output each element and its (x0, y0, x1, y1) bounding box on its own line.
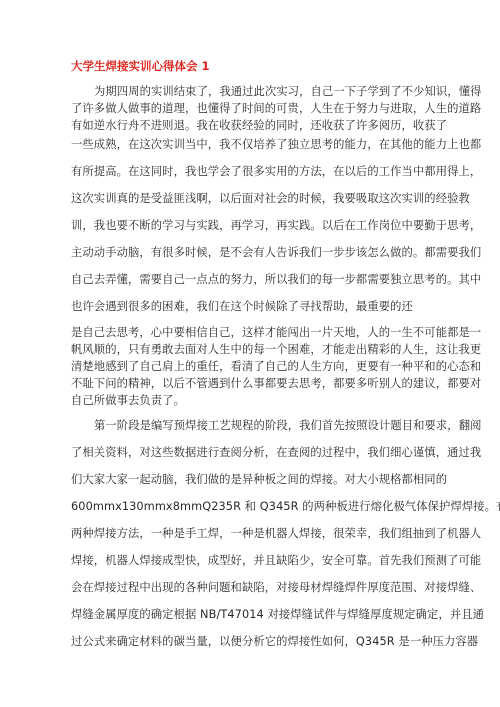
body-line: 了相关资料，对这些数据进行查阅分析，在查阅的过程中，我们细心谨慎，通过我 (71, 444, 481, 460)
body-line: 焊缝金属厚度的确定根据 NB/T47014 对接焊缝试件与焊缝厚度规定确定，并且… (71, 606, 484, 622)
document-page: 大学生焊接实训心得体会 1 为期四周的实训结束了，我通过此次实习，自己一下子学到… (0, 0, 500, 707)
body-line: 帆风顺的，只有勇敢去面对人生中的每一个困难，才能走出精彩的人生，这让我更 (71, 341, 481, 357)
body-line: 清楚地感到了自己肩上的重任，看清了自己的人生方向，更要有一种平和的心态和 (71, 358, 481, 374)
document-title: 大学生焊接实训心得体会 1 (71, 58, 210, 74)
body-line: 一些成熟，在这次实训当中，我不仅培养了独立思考的能力，在其他的能力上也都 (71, 136, 481, 152)
body-line: 过公式来确定材料的碳当量，以便分析它的焊接性如何，Q345R 是一种压力容器 (71, 633, 478, 649)
body-line: 了许多做人做事的道理，也懂得了时间的可贵，人生在于努力与进取，人生的道路 (71, 100, 481, 116)
body-line: 是自己去思考，心中要相信自己，这样才能闯出一片天地，人的一生不可能都是一 (71, 324, 481, 340)
body-line: 为期四周的实训结束了，我通过此次实习，自己一下子学到了不少知识，懂得 (94, 83, 482, 99)
body-line: 有所提高。在这同时，我也学会了很多实用的方法，在以后的工作当中都用得上， (71, 163, 481, 179)
body-line: 两种焊接方法，一种是手工焊，一种是机器人焊接，很荣幸，我们组抽到了机器人 (71, 525, 481, 541)
body-line: 焊接，机器人焊接成型快，成型好，并且缺陷少，安全可靠。首先我们预测了可能 (71, 552, 481, 568)
body-line: 训，我也要不断的学习与实践，再学习，再实践。以后在工作岗位中要勤于思考， (71, 217, 481, 233)
body-line: 也许会遇到很多的困难，我们在这个时候除了寻找帮助，最重要的还 (71, 298, 413, 314)
body-line: 自己去弄懂，需要自己一点点的努力，所以我们的每一步都需要独立思考的。其中 (71, 271, 481, 287)
body-line: 600mmx130mmx8mmQ235R 和 Q345R 的两种板进行熔化极气体… (71, 498, 500, 514)
body-line: 不耻下问的精神，以后不管遇到什么事都要去思考，都要多听别人的建议，都要对 (71, 375, 481, 391)
body-line: 主动动手动脑，有很多时候，是不会有人告诉我们一步步该怎么做的。都需要我们 (71, 244, 481, 260)
body-line: 这次实训真的是受益匪浅啊，以后面对社会的时候，我要吸取这次实训的经验教 (71, 190, 470, 206)
body-line: 有如逆水行舟不进则退。我在收获经验的同时，还收获了许多阅历，收获了 (71, 117, 447, 133)
body-line: 自己所做事去负责了。 (71, 392, 185, 408)
body-line: 第一阶段是编写预焊接工艺规程的阶段，我们首先按照设计题目和要求，翻阅 (94, 417, 482, 433)
body-line: 们大家大家一起动脑，我们做的是异种板之间的焊接。对大小规格都相同的 (71, 471, 447, 487)
body-line: 会在焊接过程中出现的各种问题和缺陷，对接母材焊缝焊件厚度范围、对接焊缝、 (71, 579, 481, 595)
